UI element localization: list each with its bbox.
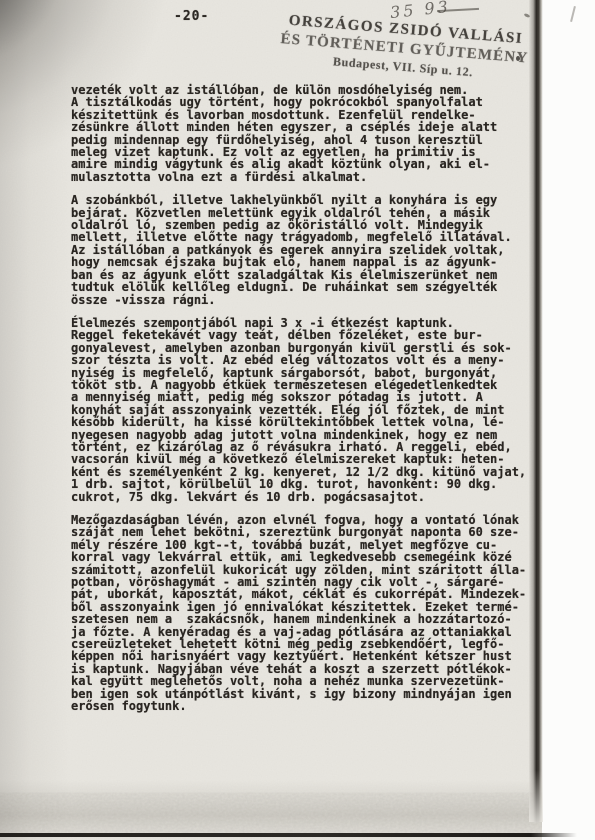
scan-bottom-edge-line [0,833,577,837]
paragraph-washing: vezeték volt az istállóban, de külön mos… [71,84,541,183]
margin-scratch-mark [570,6,576,22]
scan-right-edge-fade [529,770,543,822]
paragraph-room-and-stable: A szobánkból, illetve lakhelyünkből nyil… [71,194,541,306]
page-number: -20- [174,9,209,24]
scanned-document-page: { "colors": { "paper": "#e9e7e1", "ink":… [0,0,595,840]
document-body: vezeték volt az istállóban, de külön mos… [71,84,541,724]
paragraph-meals: Élelmezés szempontjából napi 3 x -i étke… [71,317,541,503]
paragraph-farm-food: Mezőgazdaságban lévén, azon elvnél fogva… [71,514,541,713]
